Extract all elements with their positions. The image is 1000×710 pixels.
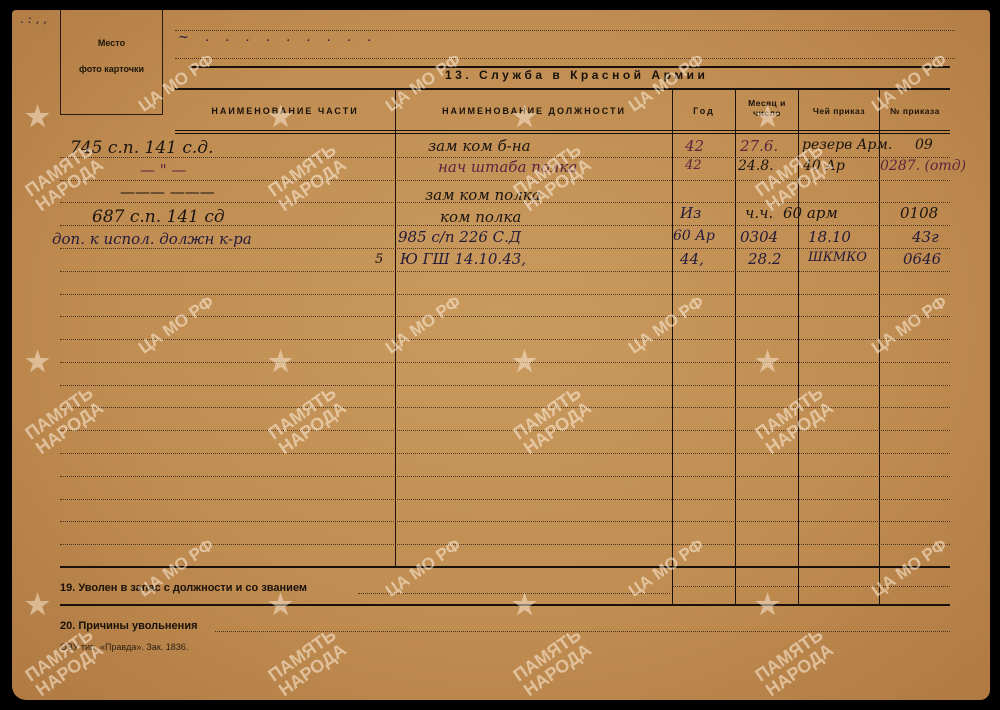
row-line	[60, 521, 950, 522]
top-dotted-line-2	[175, 58, 955, 59]
printer-imprint: ОВУ тип. «Правда». Зак. 1836.	[60, 642, 188, 652]
col-header-month-day: Месяц и число	[736, 98, 798, 118]
section-13-title: 13. Служба в Красной Армии	[445, 68, 708, 82]
col-divider-3	[735, 90, 736, 605]
rule-table-bottom	[60, 566, 950, 568]
cell-unit-row-2: — " —	[140, 161, 186, 179]
cell-order-by-row-6: 18.10	[808, 228, 851, 246]
cell-order-by-row-7: ШКМКО	[808, 250, 867, 265]
section-19-label: 19. Уволен в запас с должности и со зван…	[60, 582, 307, 594]
cell-order-no-row-7: 0646	[903, 250, 941, 268]
row-line	[60, 180, 950, 181]
section-19-fill-line	[358, 593, 670, 594]
cell-order-by-row-2: 40 Ар	[803, 158, 845, 174]
cell-position-row-2: нач штаба полка	[438, 158, 577, 176]
cell-position-row-5: ком полка	[440, 208, 521, 226]
cell-order-no-row-6: 43г	[912, 228, 939, 246]
row-line	[60, 316, 950, 317]
rule-header-top	[175, 88, 950, 90]
cell-position-row-6: 985 с/п 226 С.Д	[398, 228, 521, 246]
cell-month-day-row-2: 24.8.	[738, 158, 774, 174]
cell-order-by-row-4: 60 арм	[783, 204, 838, 222]
photo-box-label-1: Место	[61, 38, 162, 48]
row-line	[60, 385, 950, 386]
row-line	[60, 339, 950, 340]
margin-mark: 5	[375, 252, 383, 267]
cell-month-day-row-6: 0304	[740, 228, 778, 246]
cell-order-no-row-4: 0108	[900, 204, 938, 222]
cell-position-row-1: зам ком б-на	[428, 137, 531, 155]
row-line	[60, 544, 950, 545]
section-20-fill-line	[215, 631, 950, 632]
row-line	[672, 586, 950, 587]
rule-header-bottom	[175, 130, 950, 131]
row-line	[60, 476, 950, 477]
col-header-position: НАИМЕНОВАНИЕ ДОЛЖНОСТИ	[396, 106, 672, 116]
col-header-unit: НАИМЕНОВАНИЕ ЧАСТИ	[175, 106, 395, 116]
cell-position-row-7: Ю ГШ 14.10.43,	[400, 250, 526, 268]
row-line	[60, 362, 950, 363]
col-header-year: Год	[673, 106, 735, 116]
cell-year-row-6: 60 Ар	[673, 228, 715, 244]
cell-order-no-row-2: 0287. (отд)	[880, 158, 966, 174]
cell-unit-row-5: доп. к испол. должн к-ра	[52, 230, 252, 248]
cell-unit-row-3: ——— ———	[120, 183, 215, 201]
photo-box-label-2: фото карточки	[61, 64, 162, 74]
row-line	[60, 430, 950, 431]
cell-month-day-row-7: 28.2	[748, 250, 781, 268]
corner-marks: . : , ,	[20, 12, 47, 26]
rule-section-19-bottom	[60, 604, 950, 606]
cell-month-day-row-1: 27.6.	[740, 137, 778, 155]
col-divider-4	[798, 90, 799, 605]
col-header-order-no: № приказа	[880, 106, 950, 116]
cell-month-day-row-4: ч.ч.	[745, 204, 773, 222]
row-line	[60, 499, 950, 500]
cell-unit-row-4: 687 с.п. 141 сд	[92, 207, 225, 227]
rule-header-bottom-2	[175, 133, 950, 134]
cell-unit-row-1: 745 с.п. 141 с.д.	[70, 138, 214, 158]
cell-year-row-7: 44,	[680, 250, 704, 268]
cell-year-row-1: 42	[685, 137, 704, 155]
cell-year-row-2: 42	[685, 158, 702, 173]
cell-order-by-row-1: резерв Арм.	[802, 137, 892, 153]
row-line	[60, 271, 950, 272]
cell-position-row-4: зам ком полка	[425, 186, 541, 204]
row-line	[60, 407, 950, 408]
col-header-order-by: Чей приказ	[799, 106, 879, 116]
col-divider-1	[395, 90, 396, 568]
cell-year-row-4: Из	[680, 204, 701, 222]
photo-placeholder-box: Место фото карточки	[60, 10, 163, 115]
top-handwriting: ~ . . . . . . . . .	[178, 30, 377, 45]
row-line	[60, 453, 950, 454]
col-divider-2	[672, 90, 673, 605]
row-line	[60, 248, 950, 249]
section-20-label: 20. Причины увольнения	[60, 620, 198, 632]
row-line	[60, 294, 950, 295]
cell-order-no-row-1: 09	[915, 137, 933, 153]
